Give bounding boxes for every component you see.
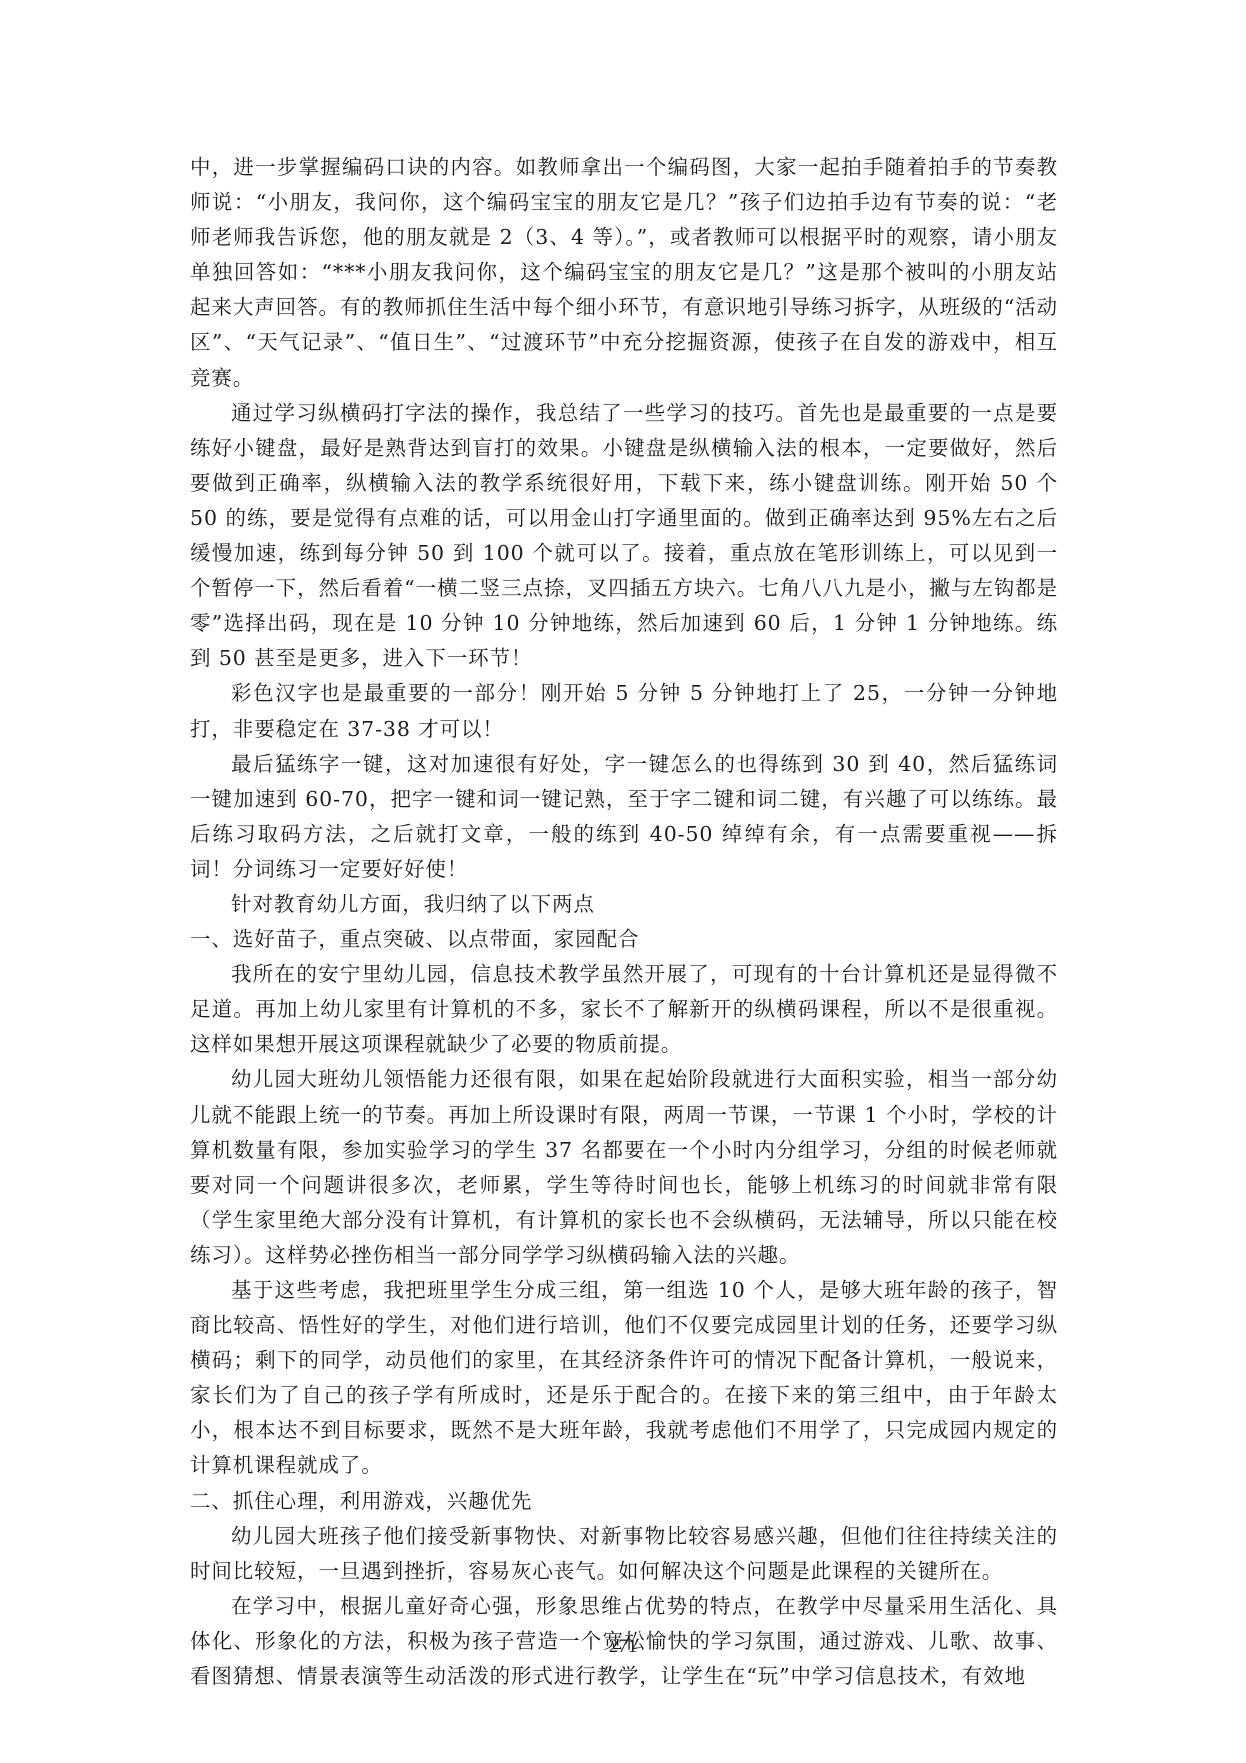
paragraph-three-groups: 基于这些考虑，我把班里学生分成三组，第一组选 10 个人，是够大班年龄的孩子，智… bbox=[190, 1273, 1058, 1484]
paragraph-color-characters: 彩色汉字也是最重要的一部分！刚开始 5 分钟 5 分钟地打上了 25，一分钟一分… bbox=[190, 676, 1058, 746]
paragraph-interest: 幼儿园大班孩子他们接受新事物快、对新事物比较容易感兴趣，但他们往往持续关注的时间… bbox=[190, 1519, 1058, 1589]
page-body: 中，进一步掌握编码口诀的内容。如教师拿出一个编码图，大家一起拍手随着拍手的节奏教… bbox=[190, 150, 1058, 1694]
section-heading-2: 二、抓住心理，利用游戏，兴趣优先 bbox=[190, 1484, 1058, 1519]
paragraph-limited-ability: 幼儿园大班幼儿领悟能力还很有限，如果在起始阶段就进行大面积实验，相当一部分幼儿就… bbox=[190, 1062, 1058, 1273]
document-page: 中，进一步掌握编码口诀的内容。如教师拿出一个编码图，大家一起拍手随着拍手的节奏教… bbox=[0, 0, 1246, 1763]
paragraph-word-keys: 最后猛练字一键，这对加速很有好处，字一键怎么的也得练到 30 到 40，然后猛练… bbox=[190, 747, 1058, 887]
paragraph-intro-two-points: 针对教育幼儿方面，我归纳了以下两点 bbox=[190, 887, 1058, 922]
page-number: 271 bbox=[0, 1636, 1246, 1658]
paragraph-continuation: 中，进一步掌握编码口诀的内容。如教师拿出一个编码图，大家一起拍手随着拍手的节奏教… bbox=[190, 150, 1058, 396]
section-heading-1: 一、选好苗子，重点突破、以点带面，家园配合 bbox=[190, 922, 1058, 957]
paragraph-typing-tips: 通过学习纵横码打字法的操作，我总结了一些学习的技巧。首先也是最重要的一点是要练好… bbox=[190, 396, 1058, 677]
paragraph-kindergarten-context: 我所在的安宁里幼儿园，信息技术教学虽然开展了，可现有的十台计算机还是显得微不足道… bbox=[190, 957, 1058, 1062]
